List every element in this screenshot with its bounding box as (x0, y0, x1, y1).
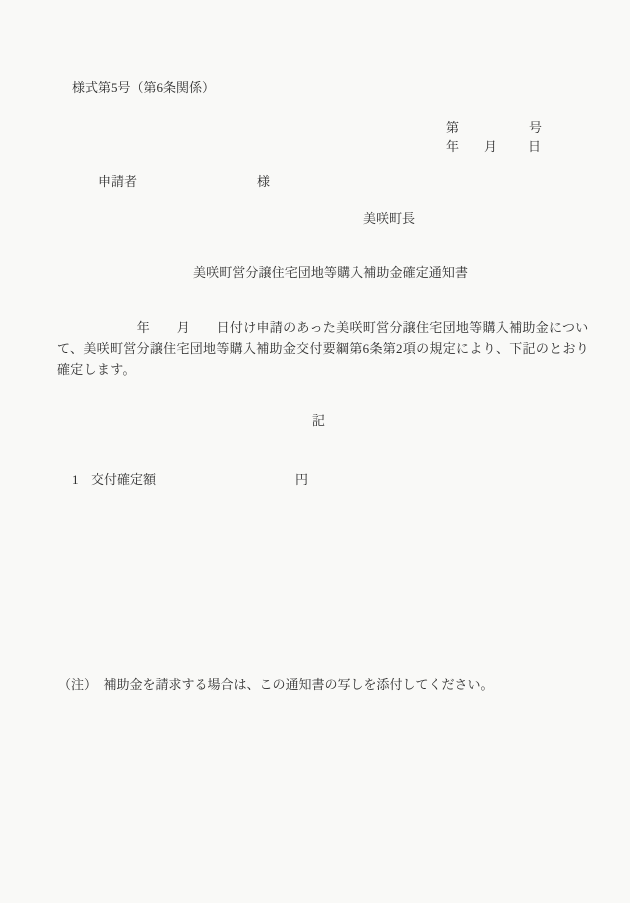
addressee-label: 申請者 (98, 174, 137, 190)
body-paragraph-line-2: て、美咲町営分譲住宅団地等購入補助金交付要綱第6条第2項の規定により、下記のとお… (57, 338, 589, 359)
document-number-prefix: 第 (446, 120, 459, 136)
date-day-label: 日 (528, 139, 541, 155)
item-number: 1 (72, 472, 79, 488)
body-paragraph-line-3: 確定します。 (57, 359, 136, 380)
addressee-honorific: 様 (257, 174, 270, 190)
document-number-suffix: 号 (529, 120, 542, 136)
item-unit-yen: 円 (295, 472, 308, 488)
document-page: 様式第5号（第6条関係） 第 号 年 月 日 申請者 様 美咲町長 美咲町営分譲… (0, 0, 630, 903)
document-title: 美咲町営分譲住宅団地等購入補助金確定通知書 (193, 265, 468, 281)
date-year-label: 年 (446, 139, 459, 155)
sender-name: 美咲町長 (363, 211, 415, 227)
item-label: 交付確定額 (91, 472, 156, 488)
footnote: （注） 補助金を請求する場合は、この通知書の写しを添付してください。 (58, 677, 494, 693)
date-month-label: 月 (484, 139, 497, 155)
form-number: 様式第5号（第6条関係） (72, 80, 215, 96)
body-paragraph-line-1: 年 月 日付け申請のあった美咲町営分譲住宅団地等購入補助金につい (57, 317, 589, 338)
ki-marker: 記 (312, 413, 325, 429)
